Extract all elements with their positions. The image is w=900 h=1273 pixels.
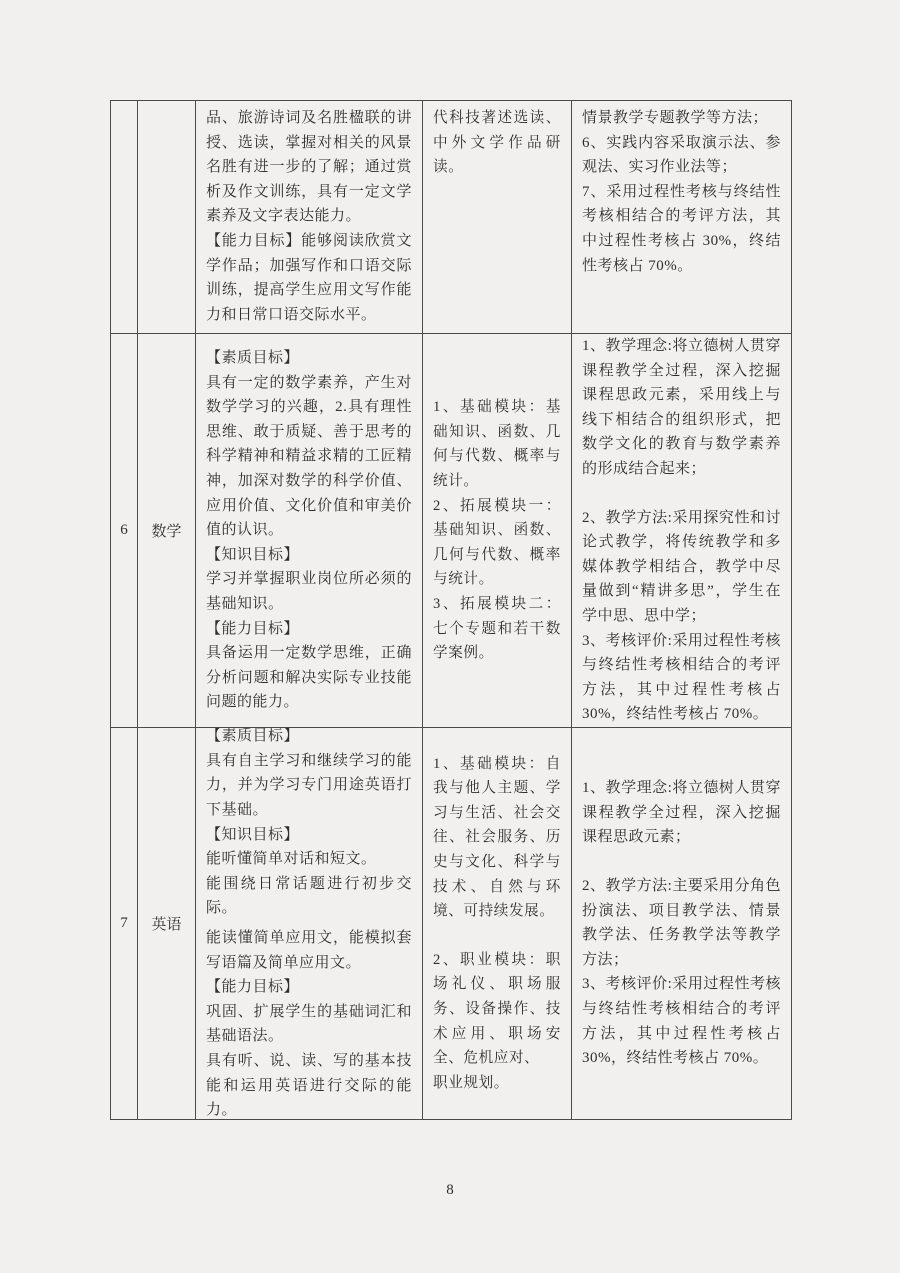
objectives-heading: 【素质目标】 — [206, 346, 412, 371]
objectives-cell: 【素质目标】 具有一定的数学素养，产生对数学学习的兴趣，2.具有理性思维、敢于质… — [196, 334, 423, 727]
subject-cell — [138, 101, 196, 333]
subject-name: 数学 — [151, 520, 181, 541]
objectives-paragraph: 能读懂简单应用文，能模拟套写语篇及简单应用文。 — [206, 926, 412, 975]
table-row: 6 数学 【素质目标】 具有一定的数学素养，产生对数学学习的兴趣，2.具有理性思… — [111, 334, 791, 728]
methods-cell: 1、教学理念:将立德树人贯穿课程教学全过程，深入挖掘课程思政元素； 2、教学方法… — [572, 728, 791, 1119]
objectives-paragraph: 能围绕日常话题进行初步交际。 — [206, 872, 412, 921]
content-paragraph: 2、职业模块：职场礼仪、职场服务、设备操作、技术应用、职场安全、危机应对、 — [433, 948, 561, 1071]
subject-name: 英语 — [151, 913, 181, 934]
content-paragraph: 1、基础模块：基础知识、函数、几何与代数、概率与统计。 — [433, 395, 561, 493]
objectives-paragraph: 具备运用一定数学思维，正确分析问题和解决实际专业技能问题的能力。 — [206, 641, 412, 715]
objectives-paragraph: 具有听、说、读、写的基本技能和运用英语进行交际的能力。 — [206, 1049, 412, 1119]
content-cell: 代科技著述选读、中外文学作品研读。 — [423, 101, 572, 333]
objectives-cell: 品、旅游诗词及名胜楹联的讲授、选读，掌握对相关的风景名胜有进一步的了解；通过赏析… — [196, 101, 423, 333]
objectives-heading: 【能力目标】 — [206, 975, 412, 1000]
row-number: 6 — [120, 522, 128, 539]
objectives-paragraph: 能听懂简单对话和短文。 — [206, 847, 412, 872]
methods-cell: 情景教学专题教学等方法； 6、实践内容采取演示法、参观法、实习作业法等； 7、采… — [572, 101, 791, 333]
row-number-cell: 7 — [111, 728, 138, 1119]
subject-cell: 数学 — [138, 334, 196, 727]
methods-paragraph: 1、教学理念:将立德树人贯穿课程教学全过程，深入挖掘课程思政元素； — [582, 776, 781, 850]
methods-paragraph: 3、考核评价:采用过程性考核与终结性考核相结合的考评方法，其中过程性考核占 30… — [582, 972, 781, 1070]
objectives-paragraph: 学习并掌握职业岗位所必须的基础知识。 — [206, 567, 412, 616]
methods-paragraph: 6、实践内容采取演示法、参观法、实习作业法等； — [582, 131, 781, 180]
content-paragraph: 职业规划。 — [433, 1071, 561, 1096]
objectives-heading: 【能力目标】 — [206, 617, 412, 642]
content-cell: 1、基础模块：基础知识、函数、几何与代数、概率与统计。 2、拓展模块一：基础知识… — [423, 334, 572, 727]
row-number: 7 — [120, 915, 128, 932]
objectives-paragraph: 具有自主学习和继续学习的能力，并为学习专门用途英语打下基础。 — [206, 749, 412, 823]
curriculum-table: 品、旅游诗词及名胜楹联的讲授、选读，掌握对相关的风景名胜有进一步的了解；通过赏析… — [110, 100, 792, 1120]
objectives-paragraph: 【能力目标】能够阅读欣赏文学作品；加强写作和口语交际训练，提高学生应用文写作能力… — [206, 229, 412, 327]
methods-cell: 1、教学理念:将立德树人贯穿课程教学全过程，深入挖掘课程思政元素，采用线上与线下… — [572, 334, 791, 727]
objectives-paragraph: 品、旅游诗词及名胜楹联的讲授、选读，掌握对相关的风景名胜有进一步的了解；通过赏析… — [206, 106, 412, 229]
objectives-heading: 【素质目标】 — [206, 728, 412, 749]
content-paragraph: 3、拓展模块二：七个专题和若干数学案例。 — [433, 592, 561, 666]
objectives-paragraph: 具有一定的数学素养，产生对数学学习的兴趣，2.具有理性思维、敢于质疑、善于思考的… — [206, 371, 412, 543]
content-paragraph: 代科技著述选读、中外文学作品研读。 — [433, 106, 561, 180]
document-page: 品、旅游诗词及名胜楹联的讲授、选读，掌握对相关的风景名胜有进一步的了解；通过赏析… — [0, 0, 900, 1273]
objectives-heading: 【知识目标】 — [206, 823, 412, 848]
content-paragraph: 1、基础模块：自我与他人主题、学习与生活、社会交往、社会服务、历史与文化、科学与… — [433, 752, 561, 924]
methods-paragraph: 情景教学专题教学等方法； — [582, 106, 781, 131]
objectives-heading: 【知识目标】 — [206, 543, 412, 568]
methods-paragraph: 2、教学方法:采用探究性和讨论式教学，将传统教学和多媒体教学相结合，教学中尽量做… — [582, 506, 781, 629]
row-number-cell — [111, 101, 138, 333]
subject-cell: 英语 — [138, 728, 196, 1119]
table-row: 品、旅游诗词及名胜楹联的讲授、选读，掌握对相关的风景名胜有进一步的了解；通过赏析… — [111, 101, 791, 334]
objectives-paragraph: 巩固、扩展学生的基础词汇和基础语法。 — [206, 1000, 412, 1049]
methods-paragraph: 3、考核评价:采用过程性考核与终结性考核相结合的考评方法，其中过程性考核占 30… — [582, 629, 781, 727]
methods-paragraph: 1、教学理念:将立德树人贯穿课程教学全过程，深入挖掘课程思政元素，采用线上与线下… — [582, 334, 781, 482]
table-row: 7 英语 【素质目标】 具有自主学习和继续学习的能力，并为学习专门用途英语打下基… — [111, 728, 791, 1119]
methods-paragraph: 2、教学方法:主要采用分角色扮演法、项目教学法、情景教学法、任务教学法等教学方法… — [582, 874, 781, 972]
content-cell: 1、基础模块：自我与他人主题、学习与生活、社会交往、社会服务、历史与文化、科学与… — [423, 728, 572, 1119]
page-number: 8 — [0, 1182, 900, 1199]
row-number-cell: 6 — [111, 334, 138, 727]
methods-paragraph: 7、采用过程性考核与终结性考核相结合的考评方法，其中过程性考核占 30%，终结性… — [582, 180, 781, 278]
objectives-cell: 【素质目标】 具有自主学习和继续学习的能力，并为学习专门用途英语打下基础。 【知… — [196, 728, 423, 1119]
content-paragraph: 2、拓展模块一：基础知识、函数、几何与代数、概率与统计。 — [433, 494, 561, 592]
